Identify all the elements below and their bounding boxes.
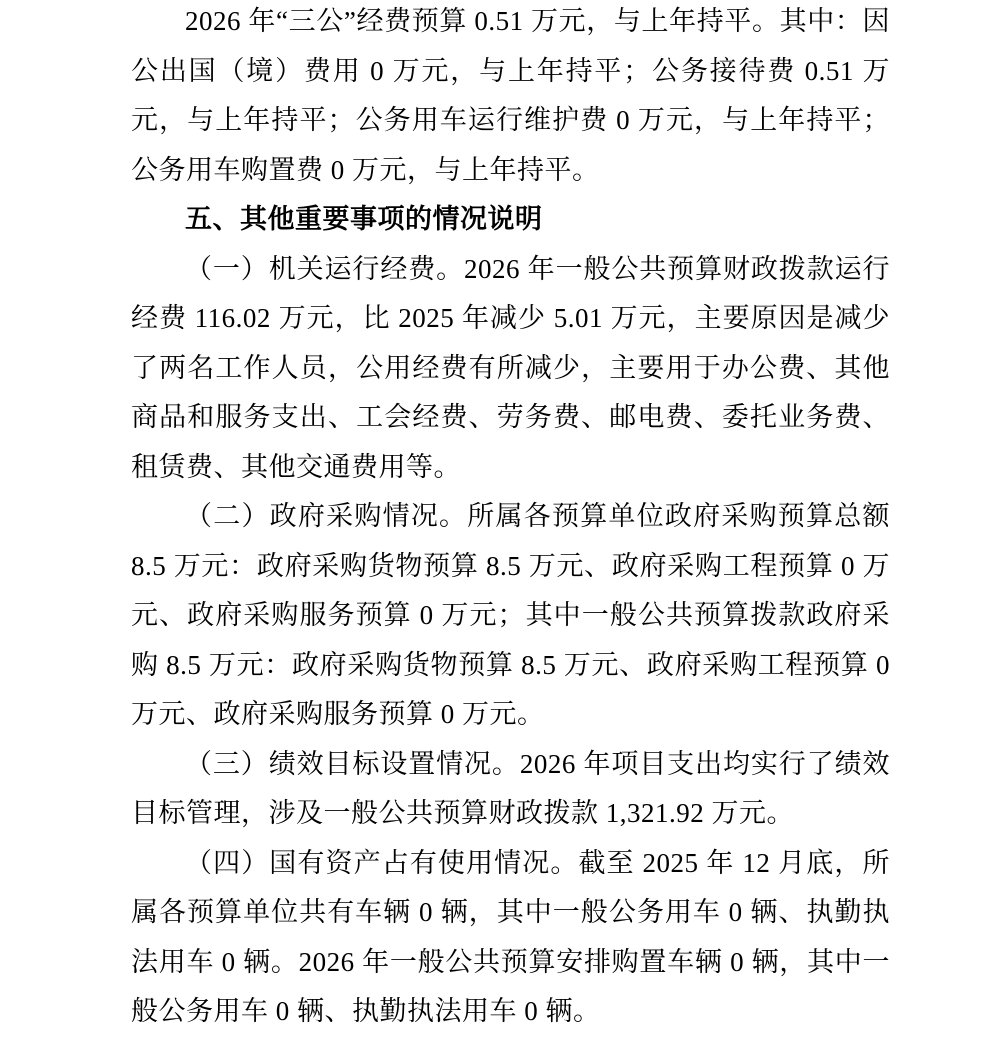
paragraph-three-public-funds-budget: 2026 年“三公”经费预算 0.51 万元，与上年持平。其中：因公出国（境）费… <box>131 0 890 195</box>
paragraph-state-owned-assets-usage: （四）国有资产占有使用情况。截至 2025 年 12 月底，所属各预算单位共有车… <box>131 839 890 1037</box>
document-page: 2026 年“三公”经费预算 0.51 万元，与上年持平。其中：因公出国（境）费… <box>0 0 1000 1041</box>
paragraph-government-procurement: （二）政府采购情况。所属各预算单位政府采购预算总额 8.5 万元：政府采购货物预… <box>131 492 890 740</box>
paragraph-agency-operating-expenses: （一）机关运行经费。2026 年一般公共预算财政拨款运行经费 116.02 万元… <box>131 245 890 493</box>
section-heading-other-important-items: 五、其他重要事项的情况说明 <box>131 195 890 245</box>
document-text-block: 2026 年“三公”经费预算 0.51 万元，与上年持平。其中：因公出国（境）费… <box>0 0 1000 1038</box>
paragraph-performance-target-setting: （三）绩效目标设置情况。2026 年项目支出均实行了绩效目标管理，涉及一般公共预… <box>131 740 890 839</box>
